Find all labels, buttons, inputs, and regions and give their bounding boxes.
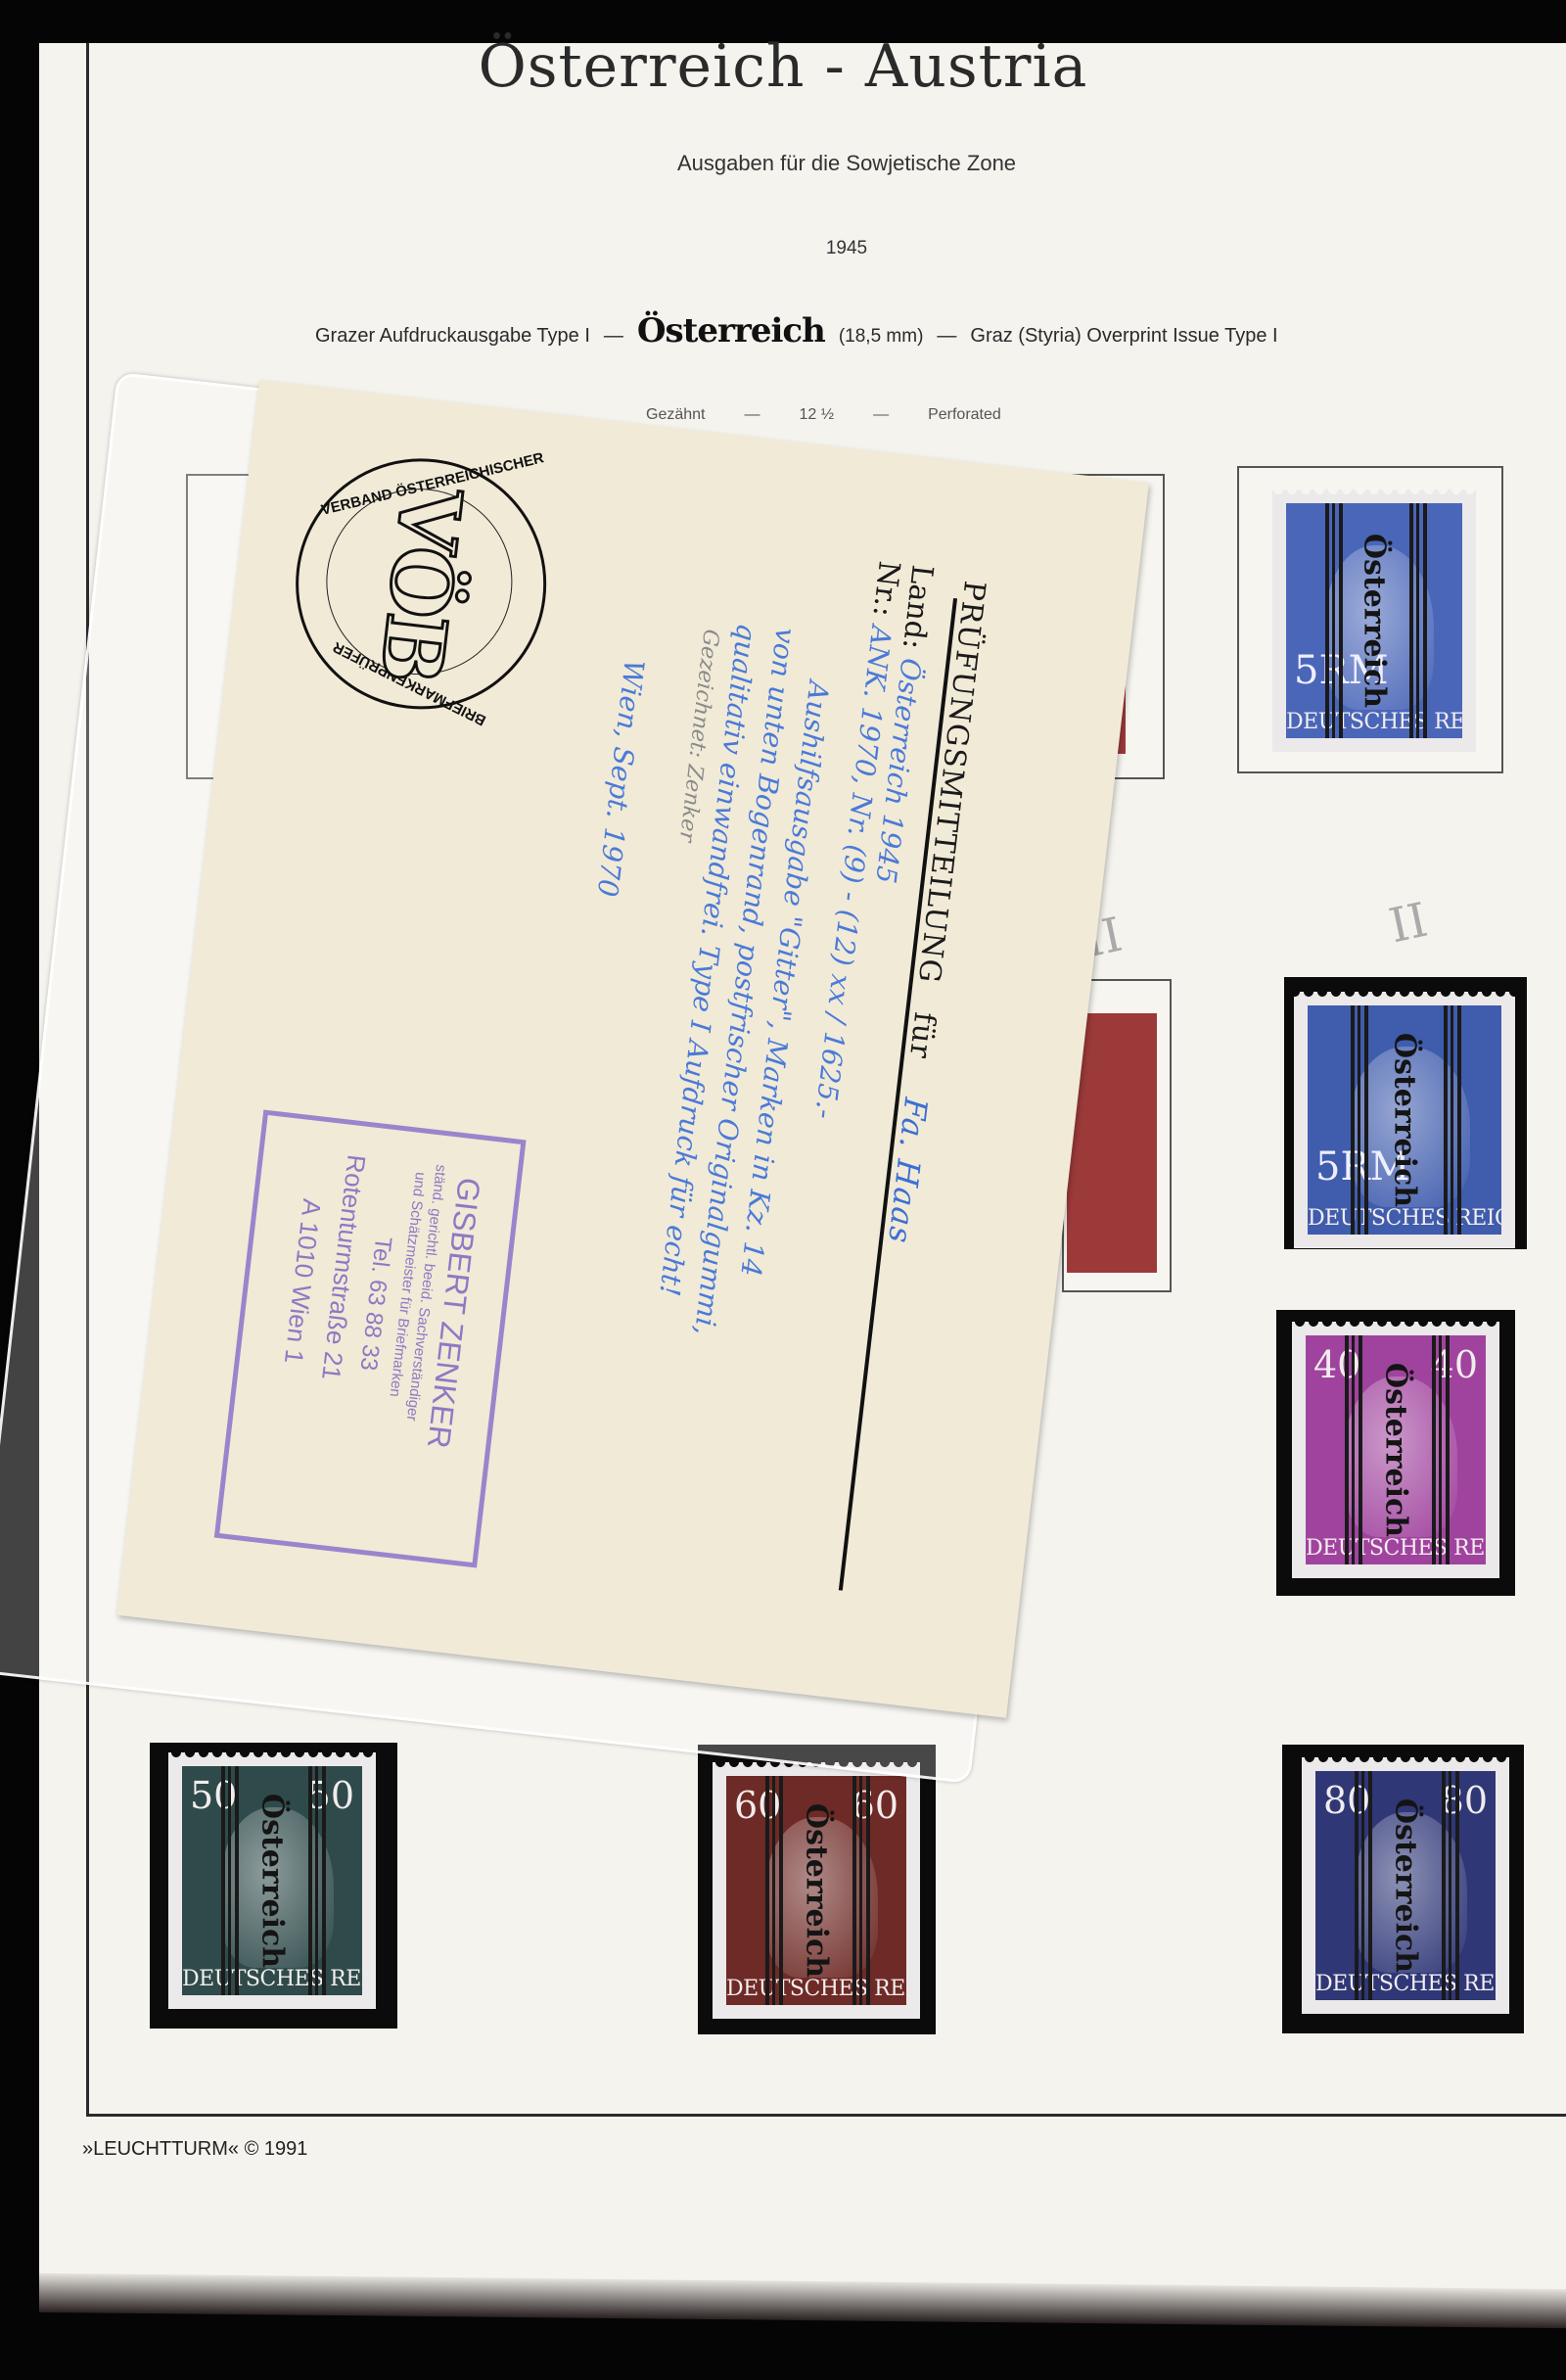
stamp-design: 5050DEUTSCHES REICHÖsterreich	[182, 1766, 362, 1995]
stamp-80[interactable]: 8080DEUTSCHES REICHÖsterreich	[1302, 1757, 1509, 2014]
issue-german: Grazer Aufdruckausgabe Type I	[315, 325, 590, 348]
overprint-bars	[308, 1766, 326, 1995]
publisher-footer: »LEUCHTTURM« © 1991	[82, 2138, 307, 2161]
stamp-design: 6060DEUTSCHES REICHÖsterreich	[726, 1776, 906, 2005]
overprint-bars	[1444, 1005, 1461, 1235]
overprint-bars	[1325, 503, 1343, 738]
overprint-text: Österreich	[800, 1803, 834, 1978]
stamp-design: 4040DEUTSCHES REICHÖsterreich	[1306, 1335, 1486, 1564]
stamp-design: 5RMDEUTSCHES REICHÖsterreich	[1286, 503, 1462, 738]
stamp-60[interactable]: 6060DEUTSCHES REICHÖsterreich	[713, 1762, 920, 2019]
perforation-line: Gezähnt — 12 ½ — Perforated	[646, 406, 1001, 424]
issue-year: 1945	[0, 238, 1566, 259]
stamp-design: 8080DEUTSCHES REICHÖsterreich	[1315, 1771, 1496, 2000]
stamp-40[interactable]: 4040DEUTSCHES REICHÖsterreich	[1292, 1322, 1499, 1578]
overprint-text: Österreich	[1358, 534, 1392, 708]
perf-german: Gezähnt	[646, 406, 705, 424]
perf-english: Perforated	[928, 406, 1001, 424]
overprint-size: (18,5 mm)	[839, 326, 924, 348]
overprint-bars	[1409, 503, 1427, 738]
certificate-card[interactable]: VERBAND ÖSTERREICHISCHER BRIEFMARKENPRÜF…	[116, 380, 1149, 1718]
place-date: Wien, Sept. 1970	[591, 658, 651, 899]
stamp-50[interactable]: 5050DEUTSCHES REICHÖsterreich	[168, 1752, 376, 2009]
overprint-text: Österreich	[1389, 1798, 1423, 1973]
dash: —	[937, 325, 956, 348]
stamp-inscription: DEUTSCHES REICH	[1286, 710, 1462, 734]
overprint-bars	[1355, 1771, 1372, 2000]
overprint-text: Österreich	[255, 1794, 290, 1968]
page-subtitle: Ausgaben für die Sowjetische Zone	[0, 151, 1566, 176]
stamp-5rm-type1[interactable]: 5RMDEUTSCHES REICHÖsterreich	[1272, 490, 1476, 752]
vob-seal: VERBAND ÖSTERREICHISCHER BRIEFMARKENPRÜF…	[282, 444, 560, 723]
stamp-5rm-type2[interactable]: 5RMDEUTSCHES REICHÖsterreich	[1294, 992, 1515, 1248]
overprint-bars	[221, 1766, 239, 1995]
overprint-sample: Österreich	[637, 311, 825, 350]
dash: —	[604, 325, 623, 348]
overprint-text: Österreich	[1388, 1033, 1422, 1207]
page-title: Österreich - Austria	[0, 27, 1566, 106]
stamp-inscription: DEUTSCHES REICH	[1315, 1972, 1496, 1996]
issue-english: Graz (Styria) Overprint Issue Type I	[970, 325, 1277, 348]
overprint-bars	[765, 1776, 783, 2005]
stamp-design: 5RMDEUTSCHES REICHÖsterreich	[1308, 1005, 1501, 1235]
overprint-bars	[1432, 1335, 1450, 1564]
issue-description: Grazer Aufdruckausgabe Type I — Österrei…	[315, 311, 1278, 350]
stamp-inscription: DEUTSCHES REICH	[726, 1977, 906, 2001]
overprint-bars	[1345, 1335, 1362, 1564]
overprint-text: Österreich	[1379, 1363, 1413, 1537]
overprint-bars	[1351, 1005, 1368, 1235]
stamp-inscription: DEUTSCHES REICH	[1308, 1206, 1501, 1231]
perf-value: 12 ½	[799, 406, 834, 424]
overprint-bars	[852, 1776, 870, 2005]
examiner-stamp: GISBERT ZENKER ständ. gerichtl. beeid. S…	[214, 1109, 527, 1567]
overprint-bars	[1442, 1771, 1459, 2000]
stamp-inscription: DEUTSCHES REICH	[182, 1967, 362, 1991]
stamp-inscription: DEUTSCHES REICH	[1306, 1536, 1486, 1561]
